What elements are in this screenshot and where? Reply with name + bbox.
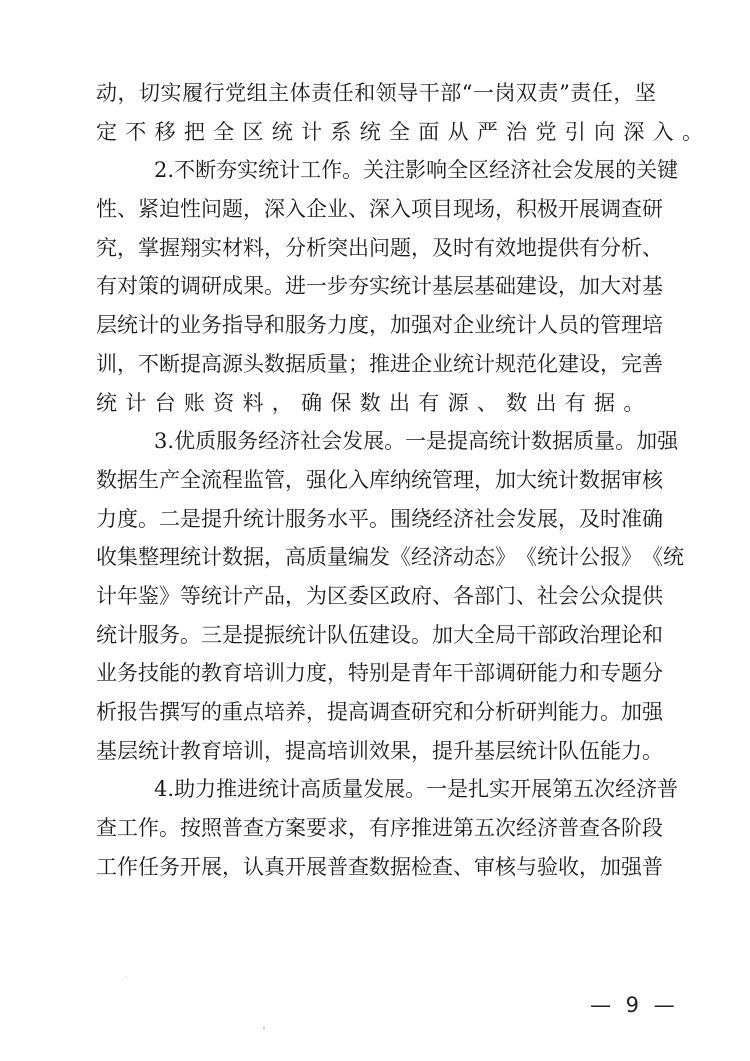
document-body: 动，切实履行党组主体责任和领导干部“一岗双责”责任，坚 定不移把全区统计系统全面… <box>96 74 656 886</box>
text-line: 性、紧迫性问题，深入企业、深入项目现场，积极开展调查研 <box>96 190 656 229</box>
text-line: 查工作。按照普查方案要求，有序推进第五次经济普查各阶段 <box>96 809 656 848</box>
scan-speck <box>125 976 126 977</box>
text-line: 收集整理统计数据，高质量编发《经济动态》《统计公报》《统 <box>96 538 656 577</box>
text-line: 2.不断夯实统计工作。关注影响全区经济社会发展的关键 <box>96 151 656 190</box>
text-line: 动，切实履行党组主体责任和领导干部“一岗双责”责任，坚 <box>96 74 656 113</box>
page-number: — 9 — <box>590 993 679 1017</box>
text-line: 力度。二是提升统计服务水平。围绕经济社会发展，及时准确 <box>96 500 656 539</box>
text-line: 数据生产全流程监管，强化入库纳统管理，加大统计数据审核 <box>96 461 656 500</box>
text-line: 层统计的业务指导和服务力度，加强对企业统计人员的管理培 <box>96 306 656 345</box>
scan-speck <box>263 1027 265 1029</box>
text-line: 究，掌握翔实材料，分析突出问题，及时有效地提供有分析、 <box>96 229 656 268</box>
text-line: 析报告撰写的重点培养，提高调查研究和分析研判能力。加强 <box>96 693 656 732</box>
text-line: 3.优质服务经济社会发展。一是提高统计数据质量。加强 <box>96 422 656 461</box>
text-line: 训，不断提高源头数据质量；推进企业统计规范化建设，完善 <box>96 345 656 384</box>
text-line: 工作任务开展，认真开展普查数据检查、审核与验收，加强普 <box>96 848 656 887</box>
text-line: 统计台账资料，确保数出有源、数出有据。 <box>96 384 656 423</box>
text-line: 计年鉴》等统计产品，为区委区政府、各部门、社会公众提供 <box>96 577 656 616</box>
text-line: 有对策的调研成果。进一步夯实统计基层基础建设，加大对基 <box>96 267 656 306</box>
text-line: 基层统计教育培训，提高培训效果，提升基层统计队伍能力。 <box>96 732 656 771</box>
text-line: 统计服务。三是提振统计队伍建设。加大全局干部政治理论和 <box>96 616 656 655</box>
text-line: 业务技能的教育培训力度，特别是青年干部调研能力和专题分 <box>96 654 656 693</box>
text-line: 4.助力推进统计高质量发展。一是扎实开展第五次经济普 <box>96 770 656 809</box>
text-line: 定不移把全区统计系统全面从严治党引向深入。 <box>96 113 656 152</box>
